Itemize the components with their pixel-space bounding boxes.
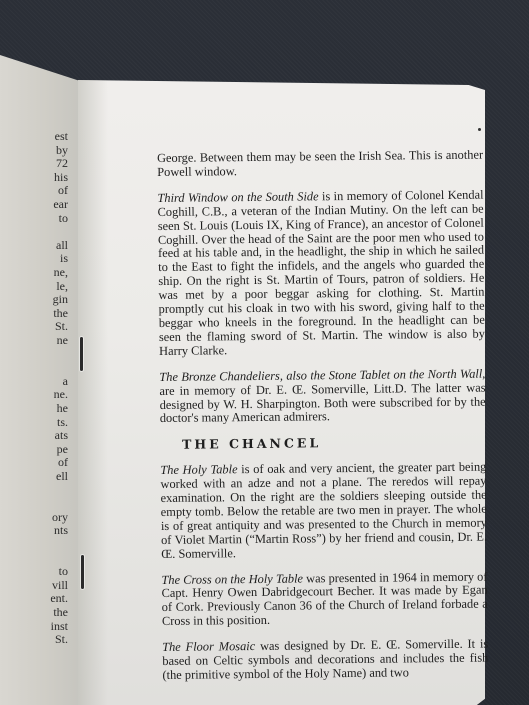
page-mark [478, 128, 481, 131]
left-page-fragment: 72 [0, 157, 80, 171]
left-page-fragment: a [0, 375, 80, 389]
left-page-fragment: of [0, 456, 80, 470]
paragraph-cross: The Cross on the Holy Table was presente… [161, 570, 488, 629]
page-text-column: George. Between them may be seen the Iri… [157, 149, 489, 695]
staple-bottom [81, 555, 84, 589]
left-page-fragment: ory [0, 511, 80, 525]
left-page-fragment: ell [0, 470, 80, 484]
left-page-fragment: inst [0, 620, 80, 634]
left-page-fragment: St. [0, 320, 80, 334]
left-page-fragment: to [0, 212, 80, 226]
left-page-fragment: St. [0, 633, 80, 647]
left-page-fragment: the [0, 606, 80, 620]
left-page-fragment: ent. [0, 592, 80, 606]
left-page-fragment: gin [0, 293, 80, 307]
left-page-fragment: the [0, 307, 80, 321]
paragraph-floor-mosaic: The Floor Mosaic was designed by Dr. E. … [162, 638, 488, 683]
left-page-fragment: ne. [0, 388, 80, 402]
left-page-fragment: pe [0, 443, 80, 457]
left-page-fragment: ats [0, 429, 80, 443]
left-page-fragment: of [0, 184, 80, 198]
paragraph-chandeliers: The Bronze Chandeliers, also the Stone T… [159, 367, 486, 426]
left-page-fragment: he [0, 402, 80, 416]
left-page-fragment: est [0, 130, 80, 144]
left-page-fragment: his [0, 171, 80, 185]
paragraph-powell: George. Between them may be seen the Iri… [157, 149, 483, 180]
left-page-fragment: ear [0, 198, 80, 212]
section-heading-chancel: THE CHANCEL [182, 435, 486, 452]
left-page-fragment: ne [0, 334, 80, 348]
left-page-fragment: by [0, 144, 80, 158]
paragraph-third-window: Third Window on the South Side is in mem… [157, 188, 485, 358]
left-page-fragment: to [0, 565, 80, 579]
left-page-fragment: ne, [0, 266, 80, 280]
left-page-fragment: ts. [0, 416, 80, 430]
paragraph-holy-table: The Holy Table is of oak and very ancien… [160, 461, 487, 562]
left-page-fragment: all [0, 239, 80, 253]
gutter-shadow [78, 80, 108, 705]
left-page-fragment: nts [0, 524, 80, 538]
staple-top [80, 337, 83, 371]
left-page-fragment: is [0, 252, 80, 266]
left-page-fragment: vill [0, 579, 80, 593]
left-page-fragment: le, [0, 280, 80, 294]
